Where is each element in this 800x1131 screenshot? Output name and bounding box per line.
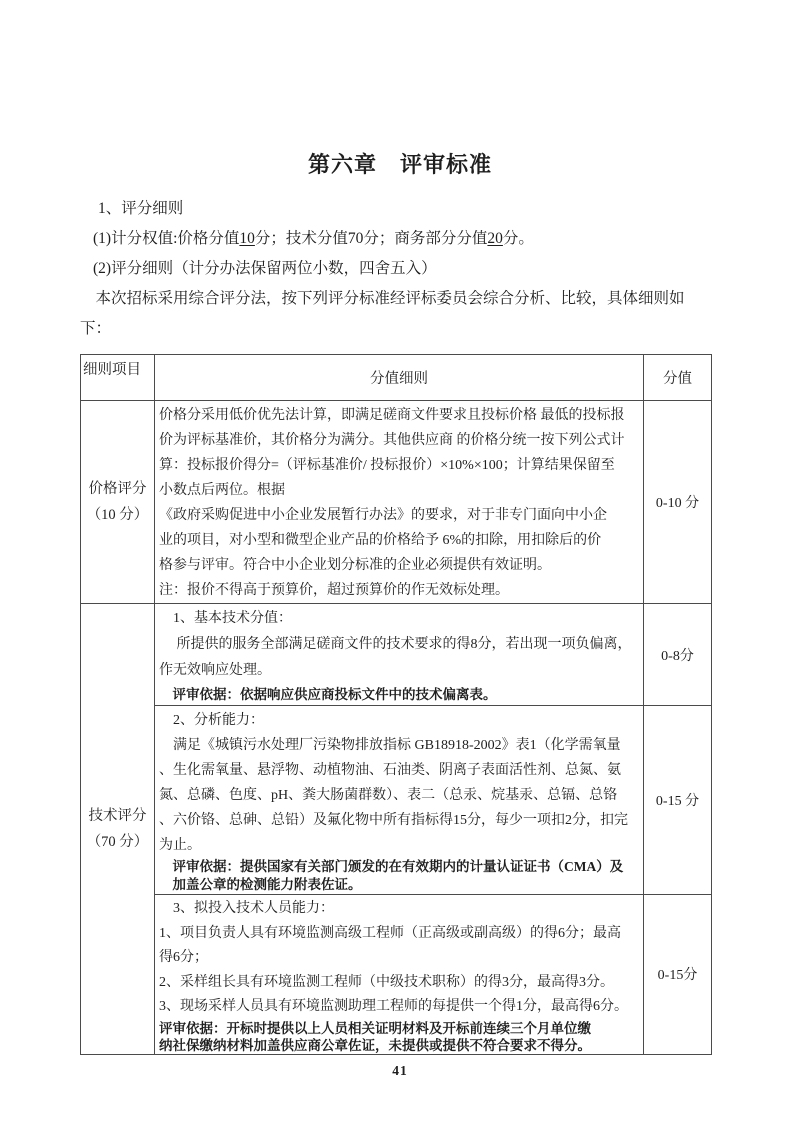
col-header-score: 分值 (644, 355, 712, 401)
clause-2: (2)评分细则（计分办法保留两位小数，四舍五入） (80, 254, 720, 284)
col-header-item: 细则项目 (81, 355, 155, 401)
price-detail-cell: 价格分采用低价优先法计算，即满足磋商文件要求且投标价格 最低的投标报 价为评标基… (155, 401, 644, 604)
tech-sub-row-analysis: 2、分析能力： 满足《城镇污水处理厂污染物排放指标 GB18918-2002》表… (81, 706, 712, 895)
tech-sub2-basis: 评审依据：提供国家有关部门颁发的在有效期内的计量认证证书（CMA）及 加盖公章的… (159, 858, 640, 894)
document-page: 第六章 评审标准 1、评分细则 (1)计分权值:价格分值10分；技术分值70分；… (0, 0, 800, 1131)
tech-sub3-detail-cell: 3、拟投入技术人员能力： 1、项目负责人具有环境监测高级工程师（正高级或副高级）… (155, 895, 644, 1055)
clause-1: (1)计分权值:价格分值10分；技术分值70分；商务部分分值20分。 (80, 224, 720, 254)
table-header-row: 细则项目 分值细则 分值 (81, 355, 712, 401)
tech-sub3-body: 3、拟投入技术人员能力： 1、项目负责人具有环境监测高级工程师（正高级或副高级）… (159, 897, 640, 1020)
price-item-cell: 价格评分 （10 分） (81, 401, 155, 604)
clause-1-underlined-value-20: 20 (487, 230, 503, 247)
tech-sub3-score-cell: 0-15分 (644, 895, 712, 1055)
tech-sub2-score-cell: 0-15 分 (644, 706, 712, 895)
tech-sub2-body: 2、分析能力： 满足《城镇污水处理厂污染物排放指标 GB18918-2002》表… (159, 708, 640, 858)
price-score-cell: 0-10 分 (644, 401, 712, 604)
clause-1-text-2: 分；技术分值70分；商务部分分值 (255, 230, 488, 247)
tech-sub2-detail-cell: 2、分析能力： 满足《城镇污水处理厂污染物排放指标 GB18918-2002》表… (155, 706, 644, 895)
tech-sub1-score-cell: 0-8分 (644, 604, 712, 706)
page-number: 41 (80, 1063, 720, 1079)
chapter-title: 第六章 评审标准 (80, 150, 720, 180)
price-detail-text: 价格分采用低价优先法计算，即满足磋商文件要求且投标价格 最低的投标报 价为评标基… (159, 403, 640, 603)
clause-1-underlined-value-10: 10 (239, 230, 255, 247)
price-score-row: 价格评分 （10 分） 价格分采用低价优先法计算，即满足磋商文件要求且投标价格 … (81, 401, 712, 604)
tech-sub3-basis: 评审依据：开标时提供以上人员相关证明材料及开标前连续三个月单位缴 纳社保缴纳材料… (159, 1020, 640, 1054)
tech-item-cell: 技术评分 （70 分） (81, 604, 155, 1055)
col-header-detail: 分值细则 (155, 355, 644, 401)
tech-sub1-detail-cell: 1、基本技术分值： 所提供的服务全部满足磋商文件的技术要求的得8分，若出现一项负… (155, 604, 644, 706)
clause-1-text-3: 分。 (503, 230, 534, 247)
tech-sub1-basis: 评审依据：依据响应供应商投标文件中的技术偏离表。 (159, 684, 640, 705)
clause-1-text-1: (1)计分权值:价格分值 (93, 230, 239, 247)
intro-paragraph: 本次招标采用综合评分法，按下列评分标准经评标委员会综合分析、比较，具体细则如 下… (80, 284, 720, 344)
tech-sub-row-personnel: 3、拟投入技术人员能力： 1、项目负责人具有环境监测高级工程师（正高级或副高级）… (81, 895, 712, 1055)
scoring-rubric-table: 细则项目 分值细则 分值 价格评分 （10 分） 价格分采用低价优先法计算，即满… (80, 354, 712, 1055)
section-1-heading: 1、评分细则 (80, 194, 720, 224)
tech-sub1-body: 1、基本技术分值： 所提供的服务全部满足磋商文件的技术要求的得8分，若出现一项负… (159, 606, 640, 684)
tech-sub-row-basic: 技术评分 （70 分） 1、基本技术分值： 所提供的服务全部满足磋商文件的技术要… (81, 604, 712, 706)
